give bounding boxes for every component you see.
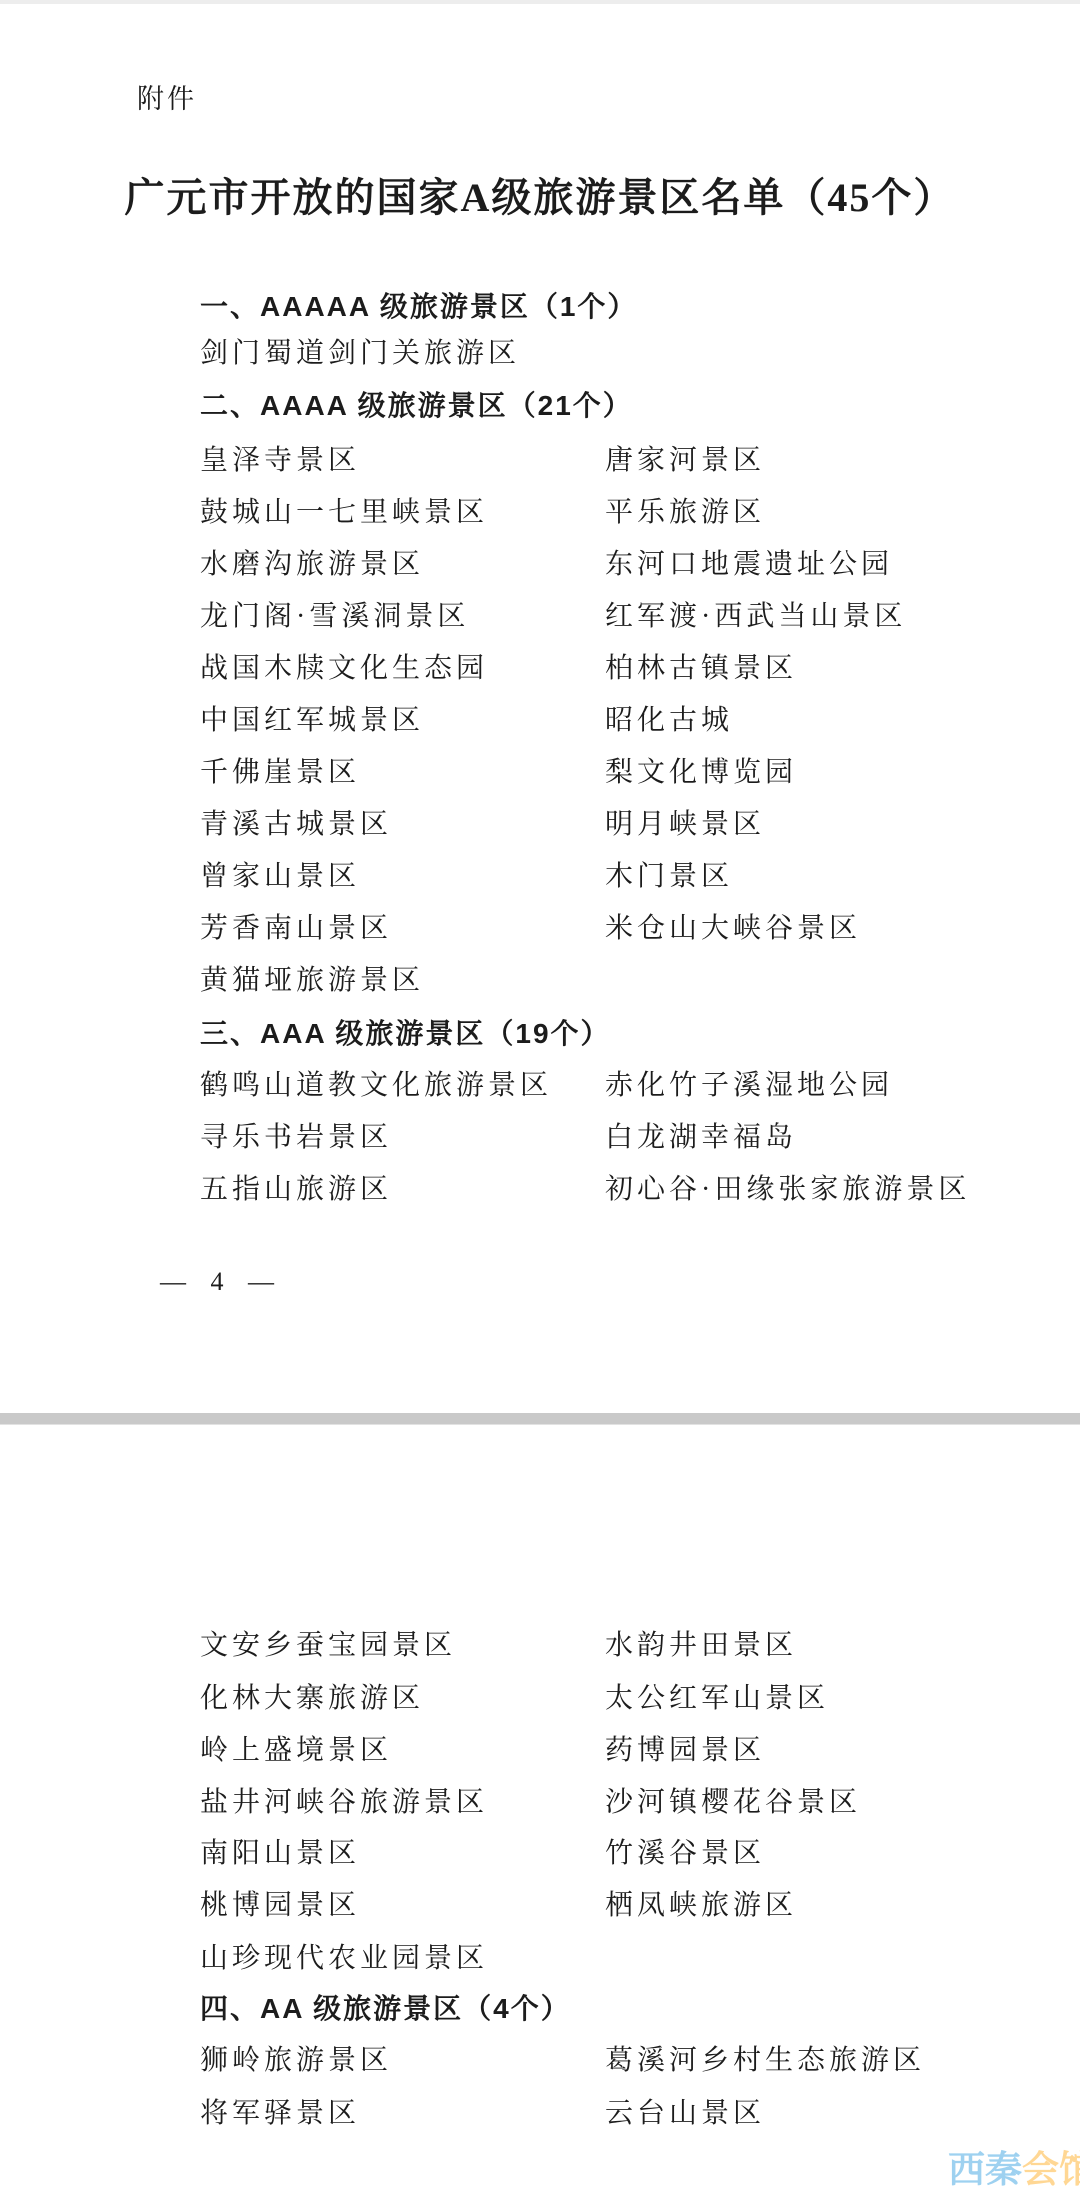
- scenic-name-left: 千佛崖景区: [200, 757, 360, 789]
- scenic-name-right: 云台山景区: [605, 2098, 765, 2130]
- scenic-name-left: 战国木牍文化生态园: [200, 653, 488, 685]
- section-heading-aaaa: 二、AAAA 级旅游景区（21个）: [200, 390, 1080, 422]
- table-row: 芳香南山景区 米仓山大峡谷景区: [0, 913, 1080, 945]
- scenic-name-right: 初心谷·田缘张家旅游景区: [605, 1174, 970, 1206]
- table-row: 战国木牍文化生态园 柏林古镇景区: [0, 653, 1080, 685]
- scenic-name-right: 赤化竹子溪湿地公园: [605, 1070, 893, 1102]
- scenic-name-left: 将军驿景区: [200, 2098, 360, 2130]
- scenic-name-left: 水磨沟旅游景区: [200, 549, 424, 581]
- table-row: 寻乐书岩景区 白龙湖幸福岛: [0, 1122, 1080, 1154]
- table-row: 水磨沟旅游景区 东河口地震遗址公园: [0, 549, 1080, 581]
- table-row: 文安乡蚕宝园景区 水韵井田景区: [0, 1630, 1080, 1662]
- scenic-name-right: 木门景区: [605, 861, 733, 893]
- scenic-name-right: 明月峡景区: [605, 809, 765, 841]
- section-heading-aaaaa: 一、AAAAA 级旅游景区（1个）: [200, 291, 1080, 323]
- section-heading-aaa: 三、AAA 级旅游景区（19个）: [200, 1018, 1080, 1050]
- scenic-name-right: 白龙湖幸福岛: [605, 1122, 797, 1154]
- table-row: 鹤鸣山道教文化旅游景区 赤化竹子溪湿地公园: [0, 1070, 1080, 1102]
- scenic-name-left: 化林大寨旅游区: [200, 1683, 424, 1715]
- scenic-name: 剑门蜀道剑门关旅游区: [200, 338, 1080, 370]
- table-row: 桃博园景区 栖凤峡旅游区: [0, 1890, 1080, 1922]
- scanned-document-page: { "page": { "attachment_label": "附件", "t…: [0, 0, 1080, 2189]
- watermark-part-blue: 西秦: [948, 2149, 1022, 2189]
- table-row: 千佛崖景区 梨文化博览园: [0, 757, 1080, 789]
- scenic-name-left: 盐井河峡谷旅游景区: [200, 1787, 488, 1819]
- page-number: — 4 —: [160, 1266, 1080, 1298]
- scenic-name-left: 皇泽寺景区: [200, 445, 360, 477]
- scenic-name-right: 药博园景区: [605, 1735, 765, 1767]
- scenic-name-left: 岭上盛境景区: [200, 1735, 392, 1767]
- page-title: 广元市开放的国家A级旅游景区名单（45个）: [0, 174, 1080, 222]
- scenic-name-right: 红军渡·西武当山景区: [605, 601, 906, 633]
- table-row: 皇泽寺景区 唐家河景区: [0, 445, 1080, 477]
- scenic-name-right: 水韵井田景区: [605, 1630, 797, 1662]
- table-row: 曾家山景区 木门景区: [0, 861, 1080, 893]
- table-row: 山珍现代农业园景区: [0, 1943, 1080, 1975]
- table-row: 五指山旅游区 初心谷·田缘张家旅游景区: [0, 1174, 1080, 1206]
- attachment-label: 附件: [137, 83, 537, 115]
- scenic-name-left: 龙门阁·雪溪洞景区: [200, 601, 469, 633]
- scenic-name-left: 寻乐书岩景区: [200, 1122, 392, 1154]
- scenic-name-right: 太公红军山景区: [605, 1683, 829, 1715]
- scenic-name-right: 东河口地震遗址公园: [605, 549, 893, 581]
- scenic-name-left: 狮岭旅游景区: [200, 2045, 392, 2077]
- scenic-name-left: 文安乡蚕宝园景区: [200, 1630, 456, 1662]
- table-row: 中国红军城景区 昭化古城: [0, 705, 1080, 737]
- scenic-name-left: 芳香南山景区: [200, 913, 392, 945]
- scenic-name-right: 沙河镇樱花谷景区: [605, 1787, 861, 1819]
- table-row: 将军驿景区 云台山景区: [0, 2098, 1080, 2130]
- scenic-name-left: 黄猫垭旅游景区: [200, 965, 424, 997]
- scenic-name-left: 鼓城山一七里峡景区: [200, 497, 488, 529]
- scenic-name-right: 竹溪谷景区: [605, 1838, 765, 1870]
- scenic-name-right: 平乐旅游区: [605, 497, 765, 529]
- scenic-name-left: 五指山旅游区: [200, 1174, 392, 1206]
- table-row: 黄猫垭旅游景区: [0, 965, 1080, 997]
- table-row: 龙门阁·雪溪洞景区 红军渡·西武当山景区: [0, 601, 1080, 633]
- scenic-name-right: 昭化古城: [605, 705, 733, 737]
- table-row: 岭上盛境景区 药博园景区: [0, 1735, 1080, 1767]
- table-row: 鼓城山一七里峡景区 平乐旅游区: [0, 497, 1080, 529]
- scenic-name-right: 柏林古镇景区: [605, 653, 797, 685]
- scan-edge-artifact: [0, 0, 1080, 4]
- table-row: 南阳山景区 竹溪谷景区: [0, 1838, 1080, 1870]
- scenic-name-left: 鹤鸣山道教文化旅游景区: [200, 1070, 552, 1102]
- table-row: 青溪古城景区 明月峡景区: [0, 809, 1080, 841]
- page-break-divider: [0, 1413, 1080, 1425]
- scenic-name-right: 梨文化博览园: [605, 757, 797, 789]
- scenic-name-left: 桃博园景区: [200, 1890, 360, 1922]
- scenic-name-left: 山珍现代农业园景区: [200, 1943, 488, 1975]
- section-heading-aa: 四、AA 级旅游景区（4个）: [200, 1993, 1080, 2025]
- scenic-name-left: 青溪古城景区: [200, 809, 392, 841]
- watermark-part-orange: 会馆: [1022, 2149, 1080, 2189]
- table-row: 狮岭旅游景区 葛溪河乡村生态旅游区: [0, 2045, 1080, 2077]
- scenic-name-right: 栖凤峡旅游区: [605, 1890, 797, 1922]
- scenic-name-right: 米仓山大峡谷景区: [605, 913, 861, 945]
- scenic-name-left: 曾家山景区: [200, 861, 360, 893]
- scenic-name-left: 中国红军城景区: [200, 705, 424, 737]
- scenic-name-left: 南阳山景区: [200, 1838, 360, 1870]
- table-row: 化林大寨旅游区 太公红军山景区: [0, 1683, 1080, 1715]
- scenic-name-right: 唐家河景区: [605, 445, 765, 477]
- scenic-name-right: 葛溪河乡村生态旅游区: [605, 2045, 925, 2077]
- table-row: 盐井河峡谷旅游景区 沙河镇樱花谷景区: [0, 1787, 1080, 1819]
- site-watermark: 西秦会馆: [948, 2150, 1080, 2189]
